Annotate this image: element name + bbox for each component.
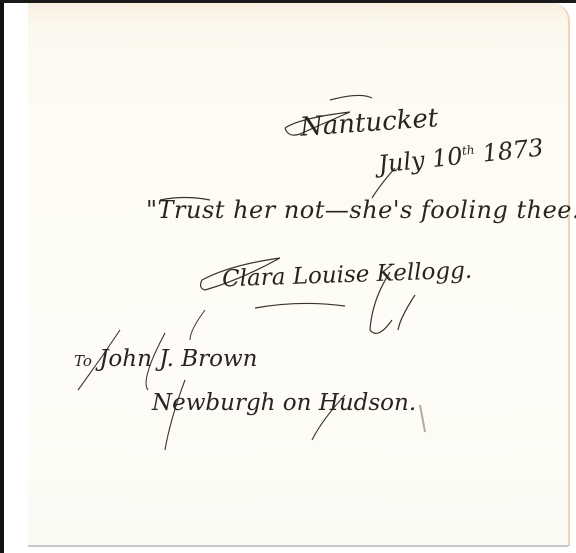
recipient-prefix: To (74, 352, 92, 370)
date-ordinal: th (461, 143, 475, 158)
recipient-line: To John J. Brown (74, 346, 258, 372)
recipient-name: John J. Brown (99, 346, 257, 372)
quote-line: "Trust her not—she's fooling thee." (146, 196, 576, 224)
recipient-place: Newburgh on Hudson. (152, 390, 416, 416)
